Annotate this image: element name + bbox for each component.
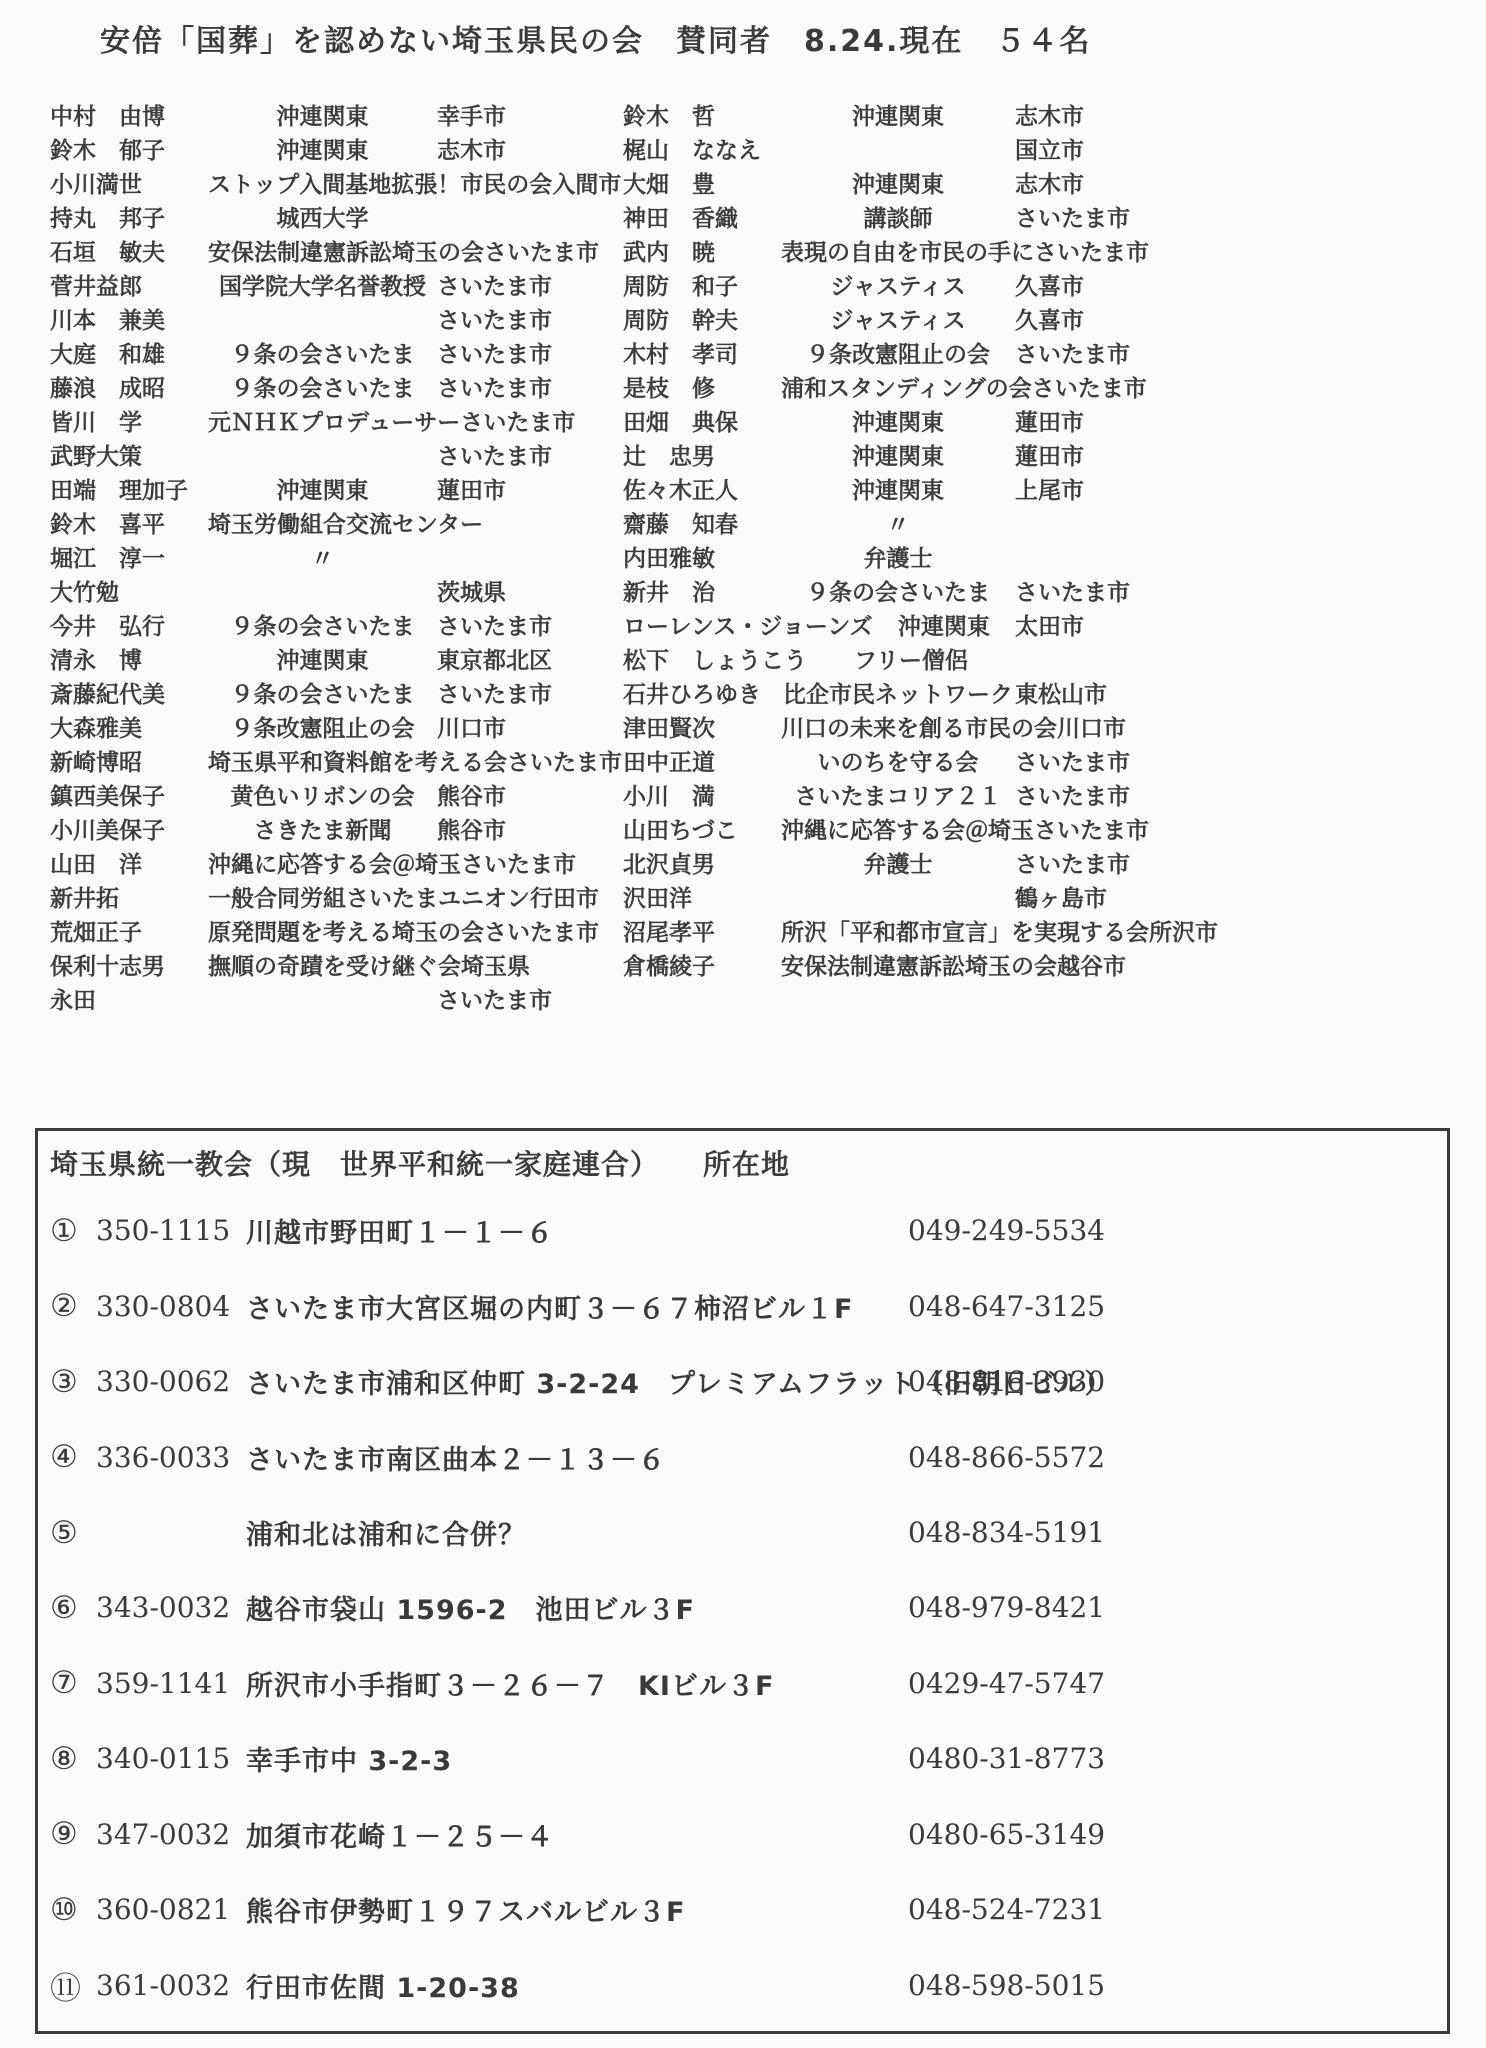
supporter-organization: 原発問題を考える埼玉の会 — [208, 914, 484, 947]
supporter-city: 茨城県 — [437, 574, 565, 607]
supporter-row: 辻 忠男 沖連関東 蓮田市 — [623, 438, 1143, 472]
directory-row-number: ⑩ — [50, 1892, 96, 1928]
supporter-name: 田畑 典保 — [623, 404, 781, 437]
supporter-name: 倉橋綾子 — [623, 948, 781, 981]
supporter-organization: ジャスティス — [781, 268, 1015, 301]
supporter-name: 齋藤 知春 — [623, 506, 781, 539]
supporter-name: 鎮西美保子 — [50, 778, 208, 811]
directory-row-number: ⑦ — [50, 1665, 96, 1701]
supporter-row: 中村 由博 沖連関東 幸手市 — [50, 98, 565, 132]
directory-phone: 048-866-5572 — [908, 1441, 1105, 1474]
supporter-organization: 国学院大学名誉教授 — [208, 268, 437, 301]
directory-row: ⑤ 浦和北は浦和に合併？ 048-834-5191 — [50, 1513, 1435, 1553]
supporter-name: 神田 香織 — [623, 200, 781, 233]
supporter-city: さいたま市 — [1015, 336, 1143, 369]
directory-row-number: ⑤ — [50, 1515, 96, 1551]
supporter-name: 大畑 豊 — [623, 166, 781, 199]
supporter-city: さいたま市 — [484, 234, 612, 267]
directory-postal-code: 330-0062 — [96, 1365, 246, 1398]
supporter-organization: 埼玉労働組合交流センター — [208, 506, 483, 539]
supporter-city: さいたま市 — [437, 370, 565, 403]
directory-address: さいたま市大宮区堀の内町３－６７柿沼ビル１F — [246, 1287, 853, 1326]
directory-row: ⑧ 340-0115 幸手市中 3-2-3 0480-31-8773 — [50, 1739, 1435, 1779]
supporter-city: 東松山市 — [1015, 676, 1143, 709]
supporter-city: さいたま市 — [1034, 234, 1162, 267]
supporter-city: さいたま市 — [1015, 200, 1143, 233]
supporter-row: 神田 香織 講談師 さいたま市 — [623, 200, 1143, 234]
supporter-organization: 講談師 — [781, 200, 1015, 233]
supporter-name: 辻 忠男 — [623, 438, 781, 471]
supporter-city: さいたま市 — [437, 302, 565, 335]
supporter-row: 清永 博 沖連関東 東京都北区 — [50, 642, 565, 676]
supporter-name: 大竹勉 — [50, 574, 208, 607]
directory-phone: 049-249-5534 — [908, 1214, 1105, 1247]
supporter-row: 藤浪 成昭 ９条の会さいたま さいたま市 — [50, 370, 565, 404]
supporter-name: 石垣 敏夫 — [50, 234, 208, 267]
directory-postal-code: 330-0804 — [96, 1290, 246, 1323]
supporter-city: さいたま市 — [1015, 744, 1143, 777]
directory-phone: 048-834-5191 — [908, 1516, 1105, 1549]
supporter-organization: 沖連関東 — [781, 98, 1015, 131]
directory-row: ② 330-0804 さいたま市大宮区堀の内町３－６７柿沼ビル１F 048-64… — [50, 1286, 1435, 1326]
supporter-organization: 浦和スタンディングの会 — [781, 370, 1032, 403]
supporter-organization: 沖連関東 — [781, 438, 1015, 471]
supporter-row: 小川 満 さいたまコリア２１ さいたま市 — [623, 778, 1143, 812]
supporter-name: 津田賢次 — [623, 710, 781, 743]
supporter-organization: ９条の会さいたま — [208, 370, 437, 403]
supporter-city: さいたま市 — [1034, 812, 1162, 845]
supporter-name: 小川 満 — [623, 778, 781, 811]
supporter-organization: ９条の会さいたま — [781, 574, 1015, 607]
supporter-city: さいたま市 — [437, 438, 565, 471]
supporter-city: 国立市 — [1015, 132, 1143, 165]
church-directory-table: 埼玉県統一教会（現 世界平和統一家庭連合） 所在地 ① 350-1115 川越市… — [35, 1128, 1450, 2034]
supporter-city: さいたま市 — [437, 676, 565, 709]
directory-row: ⑩ 360-0821 熊谷市伊勢町１９７スバルビル３F 048-524-7231 — [50, 1890, 1435, 1930]
supporter-name: 佐々木正人 — [623, 472, 781, 505]
directory-address: 加須市花崎１－２５－４ — [246, 1815, 554, 1854]
supporter-list: 中村 由博 沖連関東 幸手市 鈴木 郁子 沖連関東 志木市 小川満世 ストップ入… — [50, 98, 1450, 1016]
supporter-row: 堀江 淳一 〃 — [50, 540, 565, 574]
supporter-name: ローレンス・ジョーンズ — [623, 608, 873, 641]
supporter-city: さいたま市 — [1015, 846, 1143, 879]
supporter-name: 中村 由博 — [50, 98, 208, 131]
directory-phone: 048-524-7231 — [908, 1893, 1105, 1926]
supporter-city: さいたま市 — [437, 608, 565, 641]
directory-row-number: ④ — [50, 1439, 96, 1475]
supporter-row: 大竹勉 茨城県 — [50, 574, 565, 608]
supporter-row: 是枝 修 浦和スタンディングの会 さいたま市 — [623, 370, 1143, 404]
supporter-organization: ９条改憲阻止の会 — [208, 710, 437, 743]
directory-row-number: ⑥ — [50, 1590, 96, 1626]
supporter-organization: 沖連関東 — [208, 132, 437, 165]
supporter-name: 梶山 ななえ — [623, 132, 781, 165]
supporter-organization: 比企市民ネットワーク — [781, 676, 1015, 709]
supporter-name: 新崎博昭 — [50, 744, 208, 777]
supporter-organization: 所沢「平和都市宣言」を実現する会 — [781, 914, 1149, 947]
supporter-organization: 埼玉県平和資料館を考える会 — [208, 744, 507, 777]
supporter-name: 川本 兼美 — [50, 302, 208, 335]
supporter-name: 小川美保子 — [50, 812, 208, 845]
supporter-organization: 川口の未来を創る市民の会 — [781, 710, 1057, 743]
directory-phone: 0480-31-8773 — [908, 1742, 1105, 1775]
supporter-city: さいたま市 — [460, 404, 588, 437]
supporter-row: 北沢貞男 弁護士 さいたま市 — [623, 846, 1143, 880]
supporter-name: 菅井益郎 — [50, 268, 208, 301]
supporter-name: 永田 — [50, 982, 208, 1015]
directory-row: ⑪ 361-0032 行田市佐間 1-20-38 048-598-5015 — [50, 1965, 1435, 2005]
supporter-name: 周防 幹夫 — [623, 302, 781, 335]
supporter-row: 新井拓 一般合同労組さいたまユニオン 行田市 — [50, 880, 565, 914]
supporter-row: 鈴木 喜平 埼玉労働組合交流センター — [50, 506, 565, 540]
supporter-city: 越谷市 — [1057, 948, 1185, 981]
supporter-row: 木村 孝司 ９条改憲阻止の会 さいたま市 — [623, 336, 1143, 370]
supporter-row: 鈴木 哲 沖連関東 志木市 — [623, 98, 1143, 132]
directory-postal-code: 361-0032 — [96, 1969, 246, 2002]
supporter-row: 今井 弘行 ９条の会さいたま さいたま市 — [50, 608, 565, 642]
supporter-city: さいたま市 — [484, 914, 612, 947]
directory-row: ④ 336-0033 さいたま市南区曲本２－１３－６ 048-866-5572 — [50, 1437, 1435, 1477]
supporter-row: 大森雅美 ９条改憲阻止の会 川口市 — [50, 710, 565, 744]
supporter-city: 所沢市 — [1149, 914, 1277, 947]
supporter-organization: さいたまコリア２１ — [781, 778, 1015, 811]
supporter-row: 荒畑正子 原発問題を考える埼玉の会 さいたま市 — [50, 914, 565, 948]
directory-postal-code: 359-1141 — [96, 1667, 246, 1700]
supporter-organization: 〃 — [781, 506, 1015, 539]
supporter-row: 梶山 ななえ 国立市 — [623, 132, 1143, 166]
supporter-row: 松下 しょうこう フリー僧侶 — [623, 642, 1143, 676]
supporter-city: さいたま市 — [1015, 778, 1143, 811]
directory-phone: 0480-65-3149 — [908, 1818, 1105, 1851]
supporter-organization: 黄色いリボンの会 — [208, 778, 437, 811]
supporter-city: 幸手市 — [437, 98, 565, 131]
supporter-organization: 沖連関東 — [781, 166, 1015, 199]
directory-address: 所沢市小手指町３－２６－７ KIビル３F — [246, 1664, 774, 1703]
supporter-name: 藤浪 成昭 — [50, 370, 208, 403]
supporter-name: 木村 孝司 — [623, 336, 781, 369]
supporter-row: 田端 理加子 沖連関東 蓮田市 — [50, 472, 565, 506]
supporter-row: 永田 さいたま市 — [50, 982, 565, 1016]
supporter-city: さいたま市 — [1032, 370, 1160, 403]
directory-row: ⑨ 347-0032 加須市花崎１－２５－４ 0480-65-3149 — [50, 1814, 1435, 1854]
supporter-row: 周防 和子 ジャスティス 久喜市 — [623, 268, 1143, 302]
supporter-city: さいたま市 — [507, 744, 635, 777]
directory-postal-code: 336-0033 — [96, 1441, 246, 1474]
supporter-row: 津田賢次 川口の未来を創る市民の会 川口市 — [623, 710, 1143, 744]
supporter-city: 蓮田市 — [1015, 404, 1143, 437]
supporter-organization: ９条の会さいたま — [208, 608, 437, 641]
supporter-row: ローレンス・ジョーンズ 沖連関東 太田市 — [623, 608, 1143, 642]
directory-phone: 048-816-3930 — [908, 1365, 1105, 1398]
supporter-name: 武野大策 — [50, 438, 208, 471]
supporter-name: 周防 和子 — [623, 268, 781, 301]
supporter-organization: 撫順の奇蹟を受け継ぐ会 — [208, 948, 461, 981]
supporter-city: さいたま市 — [1015, 574, 1143, 607]
directory-row-number: ⑧ — [50, 1741, 96, 1777]
supporter-row: 武内 暁 表現の自由を市民の手に さいたま市 — [623, 234, 1143, 268]
supporter-row: 山田ちづこ 沖縄に応答する会＠埼玉 さいたま市 — [623, 812, 1143, 846]
supporter-name: 清永 博 — [50, 642, 208, 675]
supporter-name: 鈴木 哲 — [623, 98, 781, 131]
supporter-organization: ストップ入間基地拡張！市民の会 — [208, 166, 552, 199]
supporter-organization: ９条の会さいたま — [208, 336, 437, 369]
supporter-organization: ジャスティス — [781, 302, 1015, 335]
supporter-organization: 沖連関東 — [873, 608, 1015, 641]
supporter-row: 田中正道 いのちを守る会 さいたま市 — [623, 744, 1143, 778]
supporter-name: 松下 しょうこう — [623, 642, 807, 675]
supporter-name: 小川満世 — [50, 166, 208, 199]
supporter-city: さいたま市 — [437, 982, 565, 1015]
supporter-row: 沼尾孝平 所沢「平和都市宣言」を実現する会 所沢市 — [623, 914, 1143, 948]
directory-phone: 048-979-8421 — [908, 1591, 1105, 1624]
supporter-row: 倉橋綾子 安保法制違憲訴訟埼玉の会 越谷市 — [623, 948, 1143, 982]
supporter-city: 志木市 — [1015, 98, 1143, 131]
supporter-row: 川本 兼美 さいたま市 — [50, 302, 565, 336]
supporter-organization: 沖連関東 — [208, 472, 437, 505]
supporter-name: 武内 暁 — [623, 234, 781, 267]
directory-address: さいたま市南区曲本２－１３－６ — [246, 1438, 666, 1477]
supporter-name: 保利十志男 — [50, 948, 208, 981]
directory-row: ⑦ 359-1141 所沢市小手指町３－２６－７ KIビル３F 0429-47-… — [50, 1663, 1435, 1703]
supporter-organization: 弁護士 — [781, 846, 1015, 879]
supporter-city: 久喜市 — [1015, 302, 1143, 335]
supporter-city: さいたま市 — [437, 336, 565, 369]
supporter-organization: いのちを守る会 — [781, 744, 1015, 777]
supporter-organization: ９条の会さいたま — [208, 676, 437, 709]
directory-row-number: ② — [50, 1288, 96, 1324]
directory-row: ① 350-1115 川越市野田町１－１－６ 049-249-5534 — [50, 1211, 1435, 1251]
supporter-city: 蓮田市 — [1015, 438, 1143, 471]
directory-address: 熊谷市伊勢町１９７スバルビル３F — [246, 1890, 685, 1929]
supporter-organization: 沖縄に応答する会＠埼玉 — [208, 846, 461, 879]
supporter-row: 持丸 邦子 城西大学 — [50, 200, 565, 234]
supporter-city: 川口市 — [437, 710, 565, 743]
directory-row-number: ① — [50, 1213, 96, 1249]
supporter-row: 斎藤紀代美 ９条の会さいたま さいたま市 — [50, 676, 565, 710]
supporter-city: 熊谷市 — [437, 812, 565, 845]
directory-postal-code: 343-0032 — [96, 1591, 246, 1624]
supporter-name: 新井 治 — [623, 574, 781, 607]
supporter-row: 皆川 学 元ＮＨＫプロデューサー さいたま市 — [50, 404, 565, 438]
supporter-name: 是枝 修 — [623, 370, 781, 403]
supporter-name: 北沢貞男 — [623, 846, 781, 879]
supporter-name: 大庭 和雄 — [50, 336, 208, 369]
supporter-organization: ９条改憲阻止の会 — [781, 336, 1015, 369]
directory-address: 行田市佐間 1-20-38 — [246, 1966, 520, 2005]
directory-address: 浦和北は浦和に合併？ — [246, 1513, 526, 1552]
supporter-name: 石井ひろゆき — [623, 676, 781, 709]
supporter-row: 齋藤 知春 〃 — [623, 506, 1143, 540]
directory-address: 幸手市中 3-2-3 — [246, 1739, 452, 1778]
directory-rows: ① 350-1115 川越市野田町１－１－６ 049-249-5534 ② 33… — [50, 1193, 1435, 2023]
supporter-organization: 〃 — [208, 540, 437, 573]
directory-postal-code: 350-1115 — [96, 1214, 246, 1247]
supporter-row: 内田雅敏 弁護士 — [623, 540, 1143, 574]
supporter-name: 山田ちづこ — [623, 812, 781, 845]
supporter-name: 斎藤紀代美 — [50, 676, 208, 709]
supporter-city: 志木市 — [437, 132, 565, 165]
supporter-row: 保利十志男 撫順の奇蹟を受け継ぐ会 埼玉県 — [50, 948, 565, 982]
supporter-row: 石垣 敏夫 安保法制違憲訴訟埼玉の会 さいたま市 — [50, 234, 565, 268]
supporter-city: 埼玉県 — [461, 948, 589, 981]
supporter-city: 東京都北区 — [437, 642, 565, 675]
supporter-city: 太田市 — [1015, 608, 1143, 641]
supporter-column-right: 鈴木 哲 沖連関東 志木市 梶山 ななえ 国立市 大畑 豊 沖連関東 志木市 神… — [623, 98, 1143, 1016]
supporter-city: 鶴ヶ島市 — [1015, 880, 1143, 913]
supporter-organization: 一般合同労組さいたまユニオン — [208, 880, 530, 913]
supporter-row: 武野大策 さいたま市 — [50, 438, 565, 472]
supporter-city: 久喜市 — [1015, 268, 1143, 301]
supporter-row: 小川美保子 さきたま新聞 熊谷市 — [50, 812, 565, 846]
supporter-row: 山田 洋 沖縄に応答する会＠埼玉 さいたま市 — [50, 846, 565, 880]
supporter-organization: 沖連関東 — [781, 404, 1015, 437]
supporter-city: さいたま市 — [461, 846, 589, 879]
supporter-name: 皆川 学 — [50, 404, 208, 437]
supporter-row: 沢田洋 鶴ヶ島市 — [623, 880, 1143, 914]
directory-heading: 埼玉県統一教会（現 世界平和統一家庭連合） 所在地 — [50, 1143, 790, 1183]
page-title: 安倍「国葬」を認めない埼玉県民の会 賛同者 8.24.現在 ５４名 — [100, 16, 1091, 60]
directory-phone: 048-647-3125 — [908, 1290, 1105, 1323]
supporter-organization: 沖連関東 — [781, 472, 1015, 505]
supporter-city: 上尾市 — [1015, 472, 1143, 505]
supporter-name: 荒畑正子 — [50, 914, 208, 947]
supporter-organization: 城西大学 — [208, 200, 437, 233]
supporter-row: 小川満世 ストップ入間基地拡張！市民の会 入間市 — [50, 166, 565, 200]
supporter-organization: 表現の自由を市民の手に — [781, 234, 1034, 267]
supporter-city: さいたま市 — [437, 268, 565, 301]
directory-phone: 048-598-5015 — [908, 1969, 1105, 2002]
directory-phone: 0429-47-5747 — [908, 1667, 1105, 1700]
supporter-row: 周防 幹夫 ジャスティス 久喜市 — [623, 302, 1143, 336]
supporter-row: 大畑 豊 沖連関東 志木市 — [623, 166, 1143, 200]
supporter-name: 持丸 邦子 — [50, 200, 208, 233]
supporter-name: 鈴木 郁子 — [50, 132, 208, 165]
supporter-organization: 安保法制違憲訴訟埼玉の会 — [208, 234, 484, 267]
directory-address: 越谷市袋山 1596-2 池田ビル３F — [246, 1588, 695, 1627]
supporter-row: 新崎博昭 埼玉県平和資料館を考える会 さいたま市 — [50, 744, 565, 778]
supporter-row: 石井ひろゆき 比企市民ネットワーク 東松山市 — [623, 676, 1143, 710]
supporter-organization: フリー僧侶 — [807, 642, 1015, 675]
supporter-name: 内田雅敏 — [623, 540, 781, 573]
supporter-city: 蓮田市 — [437, 472, 565, 505]
directory-row-number: ⑨ — [50, 1816, 96, 1852]
directory-postal-code: 347-0032 — [96, 1818, 246, 1851]
supporter-city: 熊谷市 — [437, 778, 565, 811]
supporter-name: 大森雅美 — [50, 710, 208, 743]
directory-row: ③ 330-0062 さいたま市浦和区仲町 3-2-24 プレミアムフラット（旧… — [50, 1362, 1435, 1402]
supporter-name: 沢田洋 — [623, 880, 781, 913]
supporter-name: 今井 弘行 — [50, 608, 208, 641]
supporter-organization: さきたま新聞 — [208, 812, 437, 845]
supporter-row: 鎮西美保子 黄色いリボンの会 熊谷市 — [50, 778, 565, 812]
supporter-row: 新井 治 ９条の会さいたま さいたま市 — [623, 574, 1143, 608]
supporter-organization: 元ＮＨＫプロデューサー — [208, 404, 460, 437]
directory-row-number: ③ — [50, 1364, 96, 1400]
supporter-organization: 弁護士 — [781, 540, 1015, 573]
supporter-city: 志木市 — [1015, 166, 1143, 199]
directory-row-number: ⑪ — [50, 1963, 96, 2008]
supporter-name: 新井拓 — [50, 880, 208, 913]
supporter-column-left: 中村 由博 沖連関東 幸手市 鈴木 郁子 沖連関東 志木市 小川満世 ストップ入… — [50, 98, 565, 1016]
supporter-organization: 沖連関東 — [208, 642, 437, 675]
supporter-row: 鈴木 郁子 沖連関東 志木市 — [50, 132, 565, 166]
directory-postal-code: 360-0821 — [96, 1893, 246, 1926]
supporter-city: 川口市 — [1057, 710, 1185, 743]
supporter-name: 田中正道 — [623, 744, 781, 777]
supporter-name: 沼尾孝平 — [623, 914, 781, 947]
supporter-organization: 安保法制違憲訴訟埼玉の会 — [781, 948, 1057, 981]
supporter-row: 佐々木正人 沖連関東 上尾市 — [623, 472, 1143, 506]
supporter-row: 菅井益郎 国学院大学名誉教授 さいたま市 — [50, 268, 565, 302]
supporter-organization: 沖縄に応答する会＠埼玉 — [781, 812, 1034, 845]
supporter-organization: 沖連関東 — [208, 98, 437, 131]
supporter-name: 田端 理加子 — [50, 472, 208, 505]
supporter-row: 田畑 典保 沖連関東 蓮田市 — [623, 404, 1143, 438]
directory-row: ⑥ 343-0032 越谷市袋山 1596-2 池田ビル３F 048-979-8… — [50, 1588, 1435, 1628]
supporter-name: 鈴木 喜平 — [50, 506, 208, 539]
directory-postal-code: 340-0115 — [96, 1742, 246, 1775]
supporter-name: 堀江 淳一 — [50, 540, 208, 573]
supporter-name: 山田 洋 — [50, 846, 208, 879]
directory-address: 川越市野田町１－１－６ — [246, 1211, 554, 1250]
supporter-row: 大庭 和雄 ９条の会さいたま さいたま市 — [50, 336, 565, 370]
scanned-document: 安倍「国葬」を認めない埼玉県民の会 賛同者 8.24.現在 ５４名 中村 由博 … — [0, 0, 1486, 2048]
